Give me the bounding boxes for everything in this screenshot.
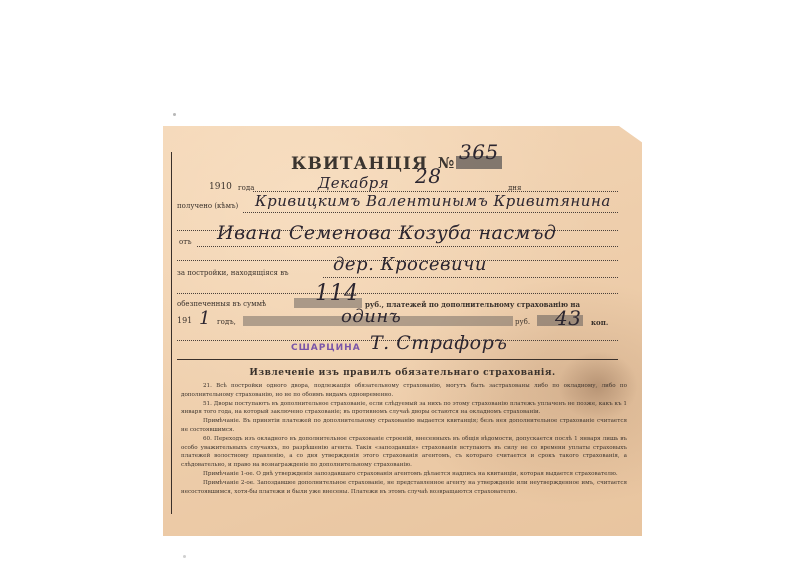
day-handwritten: 28 [415, 164, 441, 188]
received-line [243, 212, 618, 213]
rule-60: 60. Переходъ изъ окладного въ дополнител… [181, 435, 627, 470]
section-divider [177, 359, 618, 360]
buildings-location-handwritten: дер. Кросевичи [333, 254, 487, 275]
kopecks-handwritten: 43 [555, 306, 581, 330]
receipt-paper: КВИТАНЦІЯ № 365 1910 года Декабря 28 дня… [163, 126, 642, 536]
from-handwritten: Ивана Семенова Козуба насмъд [217, 222, 556, 244]
buildings-label: за постройки, находящіяся въ [177, 269, 289, 277]
from-line [197, 246, 618, 247]
left-brace-border [171, 152, 176, 514]
year-label: года [238, 184, 254, 192]
receipt-number: 365 [459, 140, 499, 164]
scan-speck [173, 113, 176, 116]
buildings-line-2 [177, 293, 618, 294]
from-label: отъ [179, 238, 192, 246]
signature-handwritten: Т. Страфоръ [370, 332, 507, 354]
month-handwritten: Декабря [318, 174, 389, 192]
scan-speck [183, 555, 186, 558]
year-suffix-handwritten: 1 [199, 308, 211, 329]
rub-label-2: руб. [515, 318, 530, 326]
year-printed: 1910 [209, 182, 232, 192]
received-label: получено (кѣмъ) [177, 202, 238, 210]
buildings-line [323, 277, 618, 278]
amount-words-handwritten: одинъ [341, 306, 401, 327]
received-by-handwritten: Кривицкимъ Валентинымъ Кривитянина [255, 192, 611, 210]
rule-21: 21. Всѣ постройки одного двора, подлежащ… [181, 382, 627, 400]
rules-text: 21. Всѣ постройки одного двора, подлежащ… [181, 382, 627, 496]
agent-stamp: СШАРЦИНА [291, 343, 361, 353]
rule-51: 51. Дворы поступаютъ въ дополнительное с… [181, 400, 627, 418]
receipt-title: КВИТАНЦІЯ [291, 154, 428, 174]
year-prefix: 191 [177, 316, 192, 325]
kop-label: коп. [591, 318, 608, 327]
rule-51-note: Примѣчаніе. Въ принятіи платежей по допо… [181, 417, 627, 435]
rule-60-note-1: Примѣчаніе 1-ое. О днѣ утвержденія запоз… [181, 470, 627, 479]
insured-sum-handwritten: 114 [315, 281, 359, 306]
year-word: годъ, [217, 318, 236, 326]
insured-label: обезпеченныя въ суммѣ [177, 300, 266, 308]
rule-60-note-2: Примѣчаніе 2-ое. Запоздавшее дополнитель… [181, 479, 627, 497]
rules-heading: Извлеченіе изъ правилъ обязательнаго стр… [163, 368, 642, 378]
